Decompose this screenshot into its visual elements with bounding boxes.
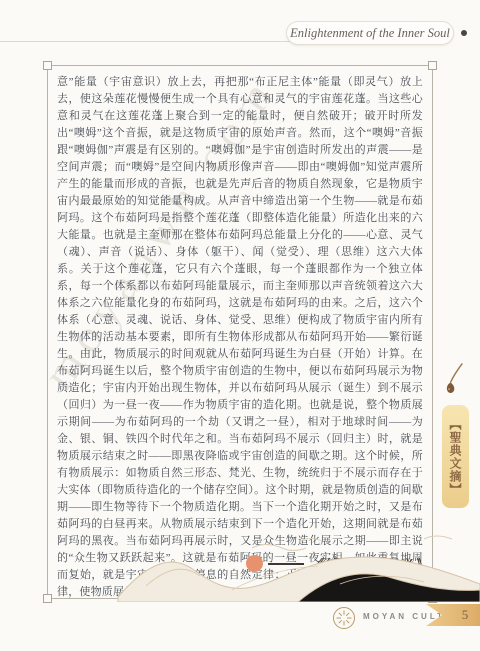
article-body: 意”能量（宇宙意识）放上去，再把那“布正尼主体”能量（即灵气）放上去，使这朵莲花… <box>57 74 423 601</box>
citation-dash <box>268 563 304 565</box>
citation-bullet <box>246 555 263 572</box>
header-bullet-dot <box>461 30 467 36</box>
brush-icon <box>444 361 466 397</box>
header-rule-line <box>0 41 302 42</box>
frame-corner-ornament <box>43 61 52 70</box>
side-tab-label: 【聖典文摘】 <box>447 418 464 496</box>
book-page: moyanwh.com Enlightenment of the Inner S… <box>0 0 480 651</box>
side-tab-scripture-digest: 【聖典文摘】 <box>442 405 469 508</box>
page-number: 5 <box>462 607 469 623</box>
frame-corner-ornament <box>428 61 437 70</box>
frame-corner-ornament <box>428 594 437 603</box>
article-frame: 意”能量（宇宙意识）放上去，再把那“布正尼主体”能量（即灵气）放上去，使这朵莲花… <box>47 65 433 599</box>
citation-source: 《博伽梵歌释义》 <box>309 554 429 573</box>
header-title-pill: Enlightenment of the Inner Soul <box>286 21 454 45</box>
citation-row: 《博伽梵歌释义》 <box>246 554 429 573</box>
frame-corner-ornament <box>43 594 52 603</box>
header-title: Enlightenment of the Inner Soul <box>290 26 450 41</box>
moyan-logo-icon <box>332 606 356 630</box>
